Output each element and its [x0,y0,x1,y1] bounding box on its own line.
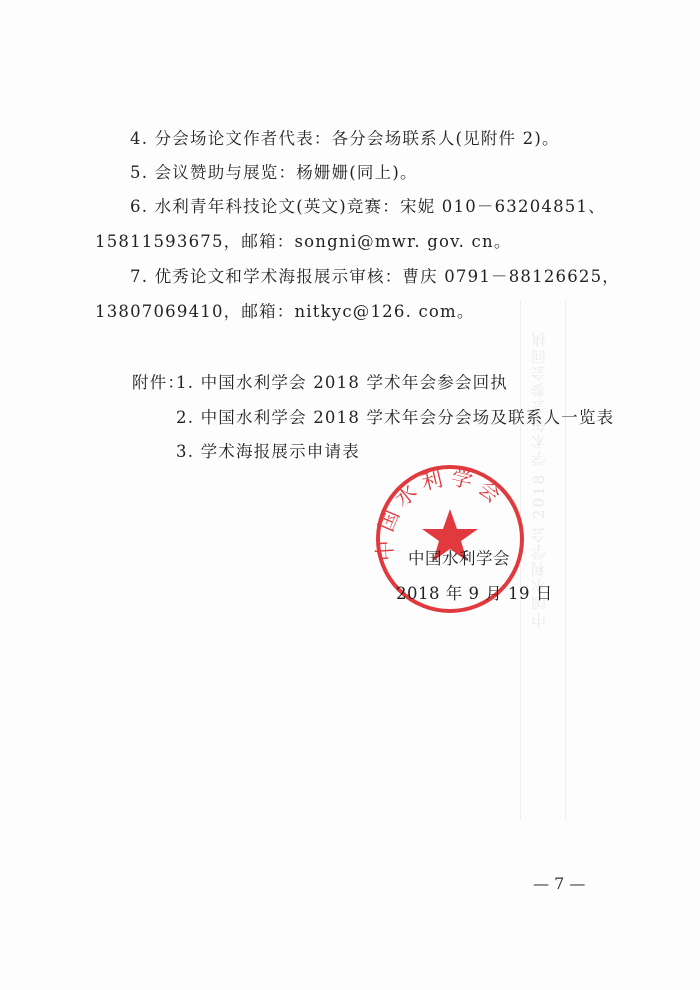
signature-date: 2018 年 9 月 19 日 [396,580,553,604]
attachment-1: 1. 中国水利学会 2018 学术年会参会回执 [176,369,508,393]
item-4: 4. 分会场论文作者代表：各分会场联系人(见附件 2)。 [130,125,560,149]
bleed-through-rule [565,300,566,820]
item-6: 6. 水利青年科技论文(英文)竞赛：宋妮 010－63204851、 [130,193,606,217]
page-number: — 7 — [533,874,585,893]
attachment-2: 2. 中国水利学会 2018 学术年会分会场及联系人一览表 [176,404,614,428]
item-6-continued: 15811593675，邮箱：songni@mwr. gov. cn。 [95,228,512,252]
attachment-3: 3. 学术海报展示申请表 [176,438,360,462]
item-7-continued: 13807069410，邮箱：nitkyc@126. com。 [95,298,475,322]
item-5: 5. 会议赞助与展览：杨姗姗(同上)。 [130,159,418,183]
signature-organization: 中国水利学会 [408,545,510,569]
item-7: 7. 优秀论文和学术海报展示审核：曹庆 0791－88126625， [130,263,620,287]
